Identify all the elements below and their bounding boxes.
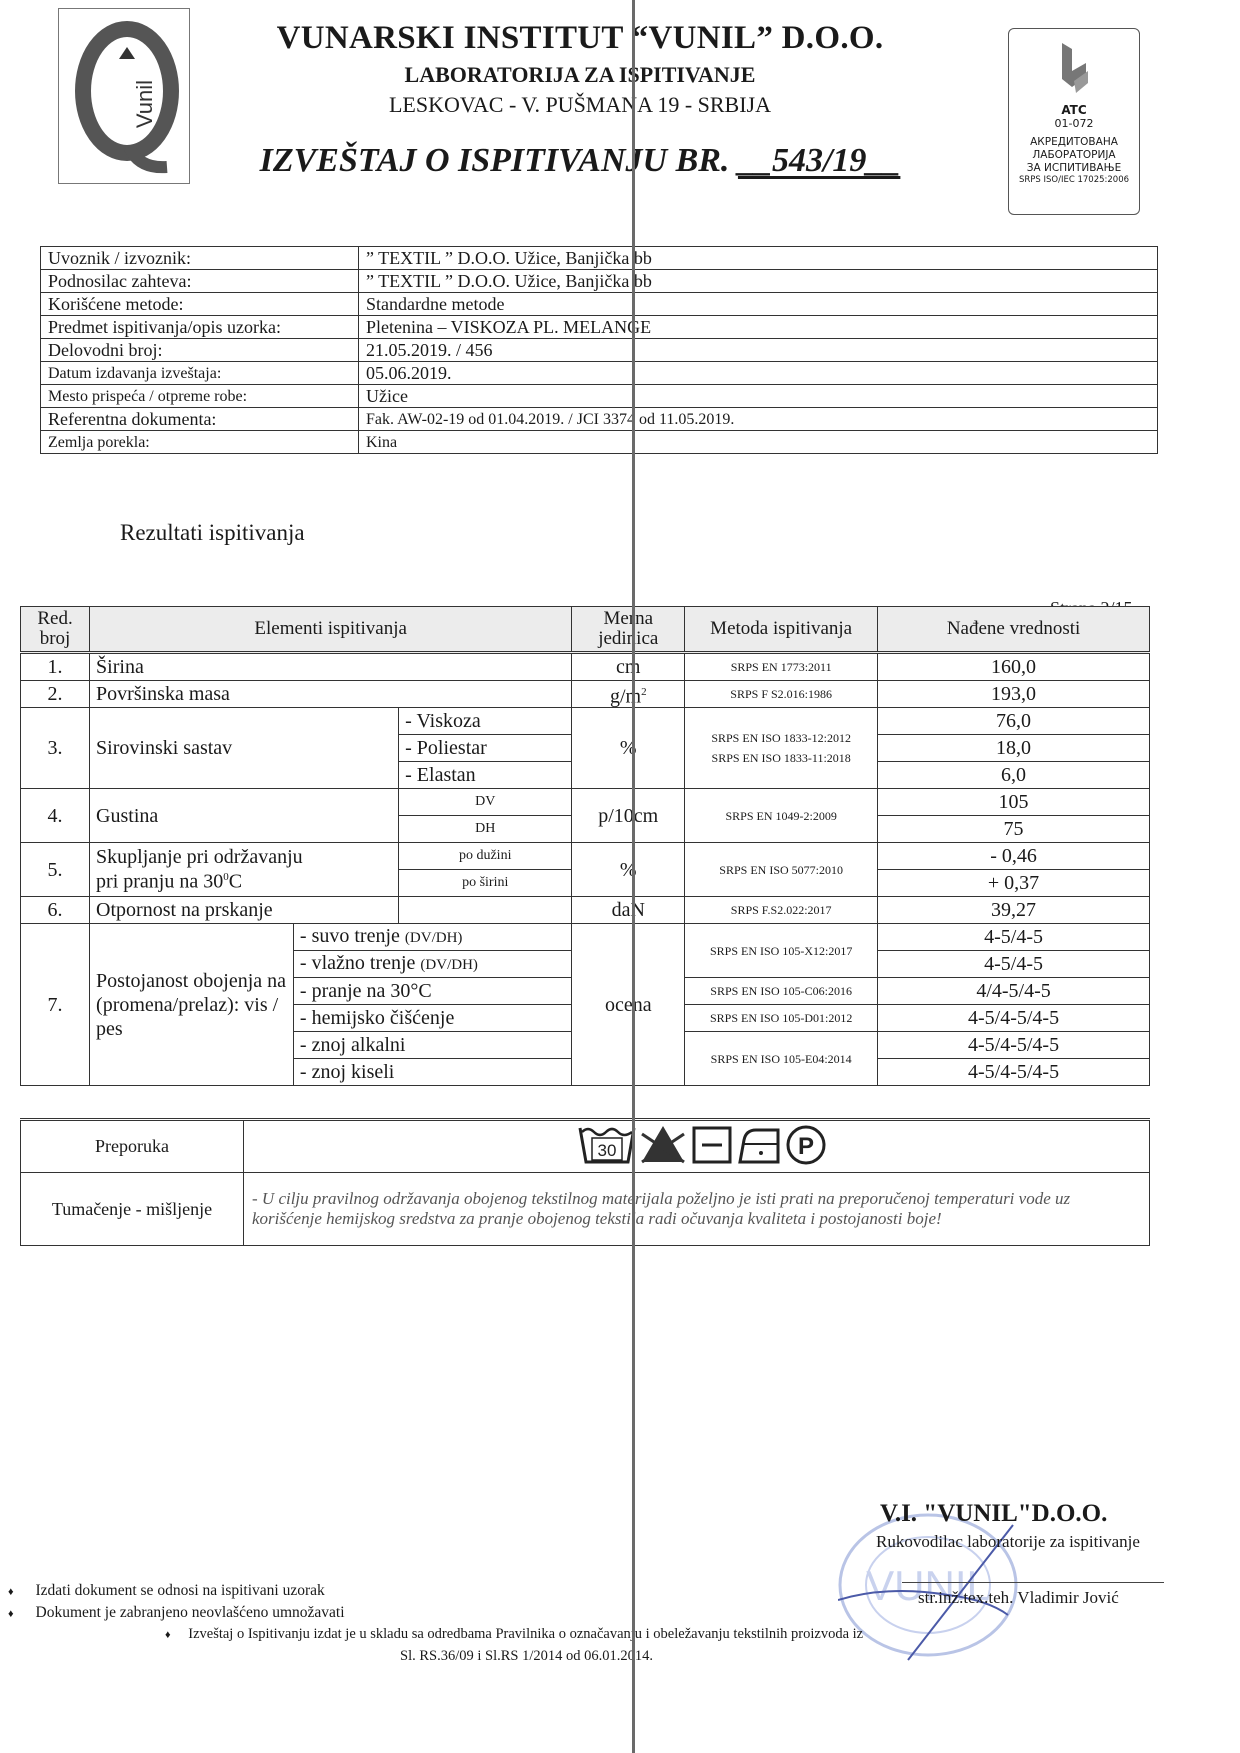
atc-name: ATC (1009, 103, 1139, 117)
recommendation-label: Preporuka (21, 1120, 244, 1173)
row-no: 2. (21, 681, 90, 708)
info-row: Uvoznik / izvoznik:” TEXTIL ” D.O.O. Uži… (41, 247, 1158, 270)
interpretation-text: - U cilju pravilnog održavanja obojenog … (244, 1173, 1150, 1246)
row-unit: g/m2 (572, 681, 685, 708)
interpretation-label: Tumačenje - mišljenje (21, 1173, 244, 1246)
header-unit: Merna jedinica (572, 607, 685, 653)
sub-element: - Elastan (399, 762, 572, 789)
sub-element: - znoj alkalni (293, 1032, 571, 1059)
row-value: 4-5/4-5/4-5 (878, 1059, 1150, 1086)
row-element: Otpornost na prskanje (90, 897, 399, 924)
info-row: Datum izdavanja izveštaja:05.06.2019. (41, 362, 1158, 385)
row-value: - 0,46 (878, 843, 1150, 870)
row-element: Sirovinski sastav (90, 708, 399, 789)
recommendation-row: Preporuka 30 (21, 1120, 1150, 1173)
row-method: SRPS EN 1049-2:2009 (685, 789, 878, 843)
signature-company: V.I. "VUNIL"D.O.O. (880, 1500, 1107, 1528)
signature-role: Rukovodilac laboratorije za ispitivanje (876, 1532, 1140, 1552)
bullet-icon: ♦ (8, 1586, 14, 1598)
row-no: 3. (21, 708, 90, 789)
footer-note-text: Dokument je zabranjeno neovlašćeno umnož… (36, 1604, 345, 1621)
sub-element: - pranje na 30°C (293, 978, 571, 1005)
signature-name: str.inž.tex.teh. Vladimir Jović (918, 1588, 1119, 1608)
info-row: Delovodni broj:21.05.2019. / 456 (41, 339, 1158, 362)
row-value: 39,27 (878, 897, 1150, 924)
element-text: pri pranju na 30 (96, 871, 223, 893)
row-unit: cm (572, 653, 685, 681)
atc-logo-icon (1054, 41, 1094, 97)
row-no: 4. (21, 789, 90, 843)
report-number: __543/19__ (738, 142, 900, 179)
info-value: Kina (359, 431, 1158, 454)
unit-text: g/m (610, 685, 641, 707)
row-method: SRPS EN ISO 105-X12:2017 (685, 924, 878, 978)
sub-note: (DV/DH) (405, 930, 463, 946)
info-label: Datum izdavanja izveštaja: (41, 362, 359, 385)
unit-sup: 2 (641, 686, 647, 698)
row-method: SRPS EN ISO 105-D01:2012 (685, 1005, 878, 1032)
row-method: SRPS F S2.016:1986 (685, 681, 878, 708)
row-no: 6. (21, 897, 90, 924)
row-unit: % (572, 708, 685, 789)
row-value: 4-5/4-5/4-5 (878, 1005, 1150, 1032)
info-value: 05.06.2019. (359, 362, 1158, 385)
info-value: Fak. AW-02-19 od 01.04.2019. / JCI 3374 … (359, 408, 1158, 431)
row-method: SRPS EN ISO 1833-12:2012SRPS EN ISO 1833… (685, 708, 878, 789)
footer-note-text: Izdati dokument se odnosi na ispitivani … (36, 1582, 325, 1599)
row-method: SRPS EN ISO 105-C06:2016 (685, 978, 878, 1005)
row-unit: ocena (572, 924, 685, 1086)
info-label: Zemlja porekla: (41, 431, 359, 454)
institute-name: VUNARSKI INSTITUT “VUNIL” D.O.O. (200, 20, 960, 57)
footer-note: ♦ Izdati dokument se odnosi na ispitivan… (8, 1582, 325, 1600)
info-label: Mesto prispeća / otpreme robe: (41, 385, 359, 408)
care-icons: 30 P (576, 1122, 876, 1166)
header-values: Nađene vrednosti (878, 607, 1150, 653)
sub-element: - znoj kiseli (293, 1059, 571, 1086)
info-value: 21.05.2019. / 456 (359, 339, 1158, 362)
info-label: Podnosilac zahteva: (41, 270, 359, 293)
row-value: 4-5/4-5 (878, 951, 1150, 978)
row-element: Skupljanje pri održavanju pri pranju na … (90, 843, 399, 897)
row-value: 18,0 (878, 735, 1150, 762)
vunil-logo: Vunil (58, 8, 190, 184)
table-row: 1. Širina cm SRPS EN 1773:2011 160,0 (21, 653, 1150, 681)
care-symbols: 30 P (244, 1120, 1150, 1173)
svg-text:30: 30 (598, 1141, 617, 1160)
method-line: SRPS EN ISO 1833-11:2018 (691, 748, 871, 768)
table-row: 2. Površinska masa g/m2 SRPS F S2.016:19… (21, 681, 1150, 708)
row-value: 75 (878, 816, 1150, 843)
row-method: SRPS F.S2.022:2017 (685, 897, 878, 924)
row-element: Gustina (90, 789, 399, 843)
info-value: ” TEXTIL ” D.O.O. Užice, Banjička bb (359, 247, 1158, 270)
row-no: 1. (21, 653, 90, 681)
bullet-icon: ♦ (165, 1629, 171, 1641)
lab-name: LABORATORIJA ZA ISPITIVANJE (200, 62, 960, 88)
row-value: 160,0 (878, 653, 1150, 681)
sub-name: - suvo trenje (300, 925, 400, 947)
element-text: C (229, 871, 242, 893)
accreditation-badge: ATC 01-072 АКРЕДИТОВАНА ЛАБОРАТОРИЈА ЗА … (1008, 28, 1140, 215)
svg-text:Vunil: Vunil (132, 80, 157, 128)
atc-line2: ЛАБОРАТОРИЈА (1009, 149, 1139, 162)
table-row: 3. Sirovinski sastav - Viskoza % SRPS EN… (21, 708, 1150, 735)
iron-low-icon (740, 1130, 778, 1162)
dry-flat-icon (694, 1128, 730, 1162)
scan-artifact-line (632, 0, 635, 1753)
header-elements: Elementi ispitivanja (90, 607, 572, 653)
info-row: Predmet ispitivanja/opis uzorka:Pletenin… (41, 316, 1158, 339)
header-no: Red. broj (21, 607, 90, 653)
row-value: 4-5/4-5 (878, 924, 1150, 951)
report-title-prefix: IZVEŠTAJ O ISPITIVANJU BR. (260, 142, 730, 179)
row-value: + 0,37 (878, 870, 1150, 897)
row-unit: daN (572, 897, 685, 924)
sub-name: - vlažno trenje (300, 952, 416, 974)
row-unit: p/10cm (572, 789, 685, 843)
element-line: Skupljanje pri održavanju (96, 847, 392, 867)
row-value: 6,0 (878, 762, 1150, 789)
row-element: Postojanost obojenja na (promena/prelaz)… (90, 924, 294, 1086)
bullet-icon: ♦ (8, 1608, 14, 1620)
dry-clean-p-icon: P (788, 1127, 824, 1163)
info-value: Standardne metode (359, 293, 1158, 316)
info-label: Delovodni broj: (41, 339, 359, 362)
results-table: Red. broj Elementi ispitivanja Merna jed… (20, 606, 1150, 1086)
sub-element: po dužini (399, 843, 572, 870)
sub-element: - vlažno trenje (DV/DH) (293, 951, 571, 978)
row-unit: % (572, 843, 685, 897)
empty-cell (399, 897, 572, 924)
info-label: Korišćene metode: (41, 293, 359, 316)
atc-standard: SRPS ISO/IEC 17025:2006 (1009, 175, 1139, 185)
row-value: 4/4-5/4-5 (878, 978, 1150, 1005)
info-value: Užice (359, 385, 1158, 408)
info-label: Predmet ispitivanja/opis uzorka: (41, 316, 359, 339)
info-value: ” TEXTIL ” D.O.O. Užice, Banjička bb (359, 270, 1158, 293)
method-line: SRPS EN ISO 1833-12:2012 (691, 728, 871, 748)
row-value: 76,0 (878, 708, 1150, 735)
lab-stamp-icon: VUNIL (838, 1505, 1038, 1665)
row-method: SRPS EN ISO 5077:2010 (685, 843, 878, 897)
row-no: 7. (21, 924, 90, 1086)
table-row: 7. Postojanost obojenja na (promena/prel… (21, 924, 1150, 951)
sub-element: - Poliestar (399, 735, 572, 762)
sub-element: - suvo trenje (DV/DH) (293, 924, 571, 951)
wash-30-icon: 30 (580, 1128, 634, 1162)
row-method: SRPS EN ISO 105-E04:2014 (685, 1032, 878, 1086)
sub-element: DV (399, 789, 572, 816)
footer-note-text: Izveštaj o Ispitivanju izdat je u skladu… (188, 1626, 863, 1642)
row-method: SRPS EN 1773:2011 (685, 653, 878, 681)
footer-note-continued: Sl. RS.36/09 i Sl.RS 1/2014 od 06.01.201… (400, 1648, 653, 1665)
info-row: Korišćene metode:Standardne metode (41, 293, 1158, 316)
info-row: Podnosilac zahteva:” TEXTIL ” D.O.O. Uži… (41, 270, 1158, 293)
recommendation-table: Preporuka 30 (20, 1118, 1150, 1246)
sub-note: (DV/DH) (420, 957, 478, 973)
svg-text:P: P (798, 1133, 814, 1160)
interpretation-row: Tumačenje - mišljenje - U cilju pravilno… (21, 1173, 1150, 1246)
table-row: 5. Skupljanje pri održavanju pri pranju … (21, 843, 1150, 870)
row-element: Širina (90, 653, 572, 681)
sub-element: DH (399, 816, 572, 843)
info-label: Referentna dokumenta: (41, 408, 359, 431)
row-element: Površinska masa (90, 681, 572, 708)
row-no: 5. (21, 843, 90, 897)
atc-line1: АКРЕДИТОВАНА (1009, 136, 1139, 149)
sub-element: - Viskoza (399, 708, 572, 735)
report-title: IZVEŠTAJ O ISPITIVANJU BR. __543/19__ (200, 142, 960, 180)
row-value: 105 (878, 789, 1150, 816)
table-row: 6. Otpornost na prskanje daN SRPS F.S2.0… (21, 897, 1150, 924)
lab-address: LESKOVAC - V. PUŠMANA 19 - SRBIJA (200, 92, 960, 118)
sub-element: po širini (399, 870, 572, 897)
footer-note: ♦ Dokument je zabranjeno neovlašćeno umn… (8, 1604, 345, 1622)
element-line: pri pranju na 300C (96, 867, 392, 892)
footer-note: ♦ Izveštaj o Ispitivanju izdat je u skla… (165, 1626, 863, 1643)
no-bleach-icon (642, 1126, 684, 1162)
info-value: Pletenina – VISKOZA PL. MELANGE (359, 316, 1158, 339)
signature-line (902, 1582, 1164, 1583)
info-label: Uvoznik / izvoznik: (41, 247, 359, 270)
row-value: 4-5/4-5/4-5 (878, 1032, 1150, 1059)
sample-info-table: Uvoznik / izvoznik:” TEXTIL ” D.O.O. Uži… (40, 246, 1158, 454)
info-row: Zemlja porekla:Kina (41, 431, 1158, 454)
info-row: Referentna dokumenta:Fak. AW-02-19 od 01… (41, 408, 1158, 431)
table-row: 4. Gustina DV p/10cm SRPS EN 1049-2:2009… (21, 789, 1150, 816)
atc-line3: ЗА ИСПИТИВАЊЕ (1009, 162, 1139, 175)
results-header-row: Red. broj Elementi ispitivanja Merna jed… (21, 607, 1150, 653)
q-logo-icon: Vunil (59, 9, 189, 183)
info-row: Mesto prispeća / otpreme robe:Užice (41, 385, 1158, 408)
sub-element: - hemijsko čišćenje (293, 1005, 571, 1032)
atc-code: 01-072 (1009, 117, 1139, 130)
header-method: Metoda ispitivanja (685, 607, 878, 653)
row-value: 193,0 (878, 681, 1150, 708)
results-title: Rezultati ispitivanja (120, 520, 305, 546)
